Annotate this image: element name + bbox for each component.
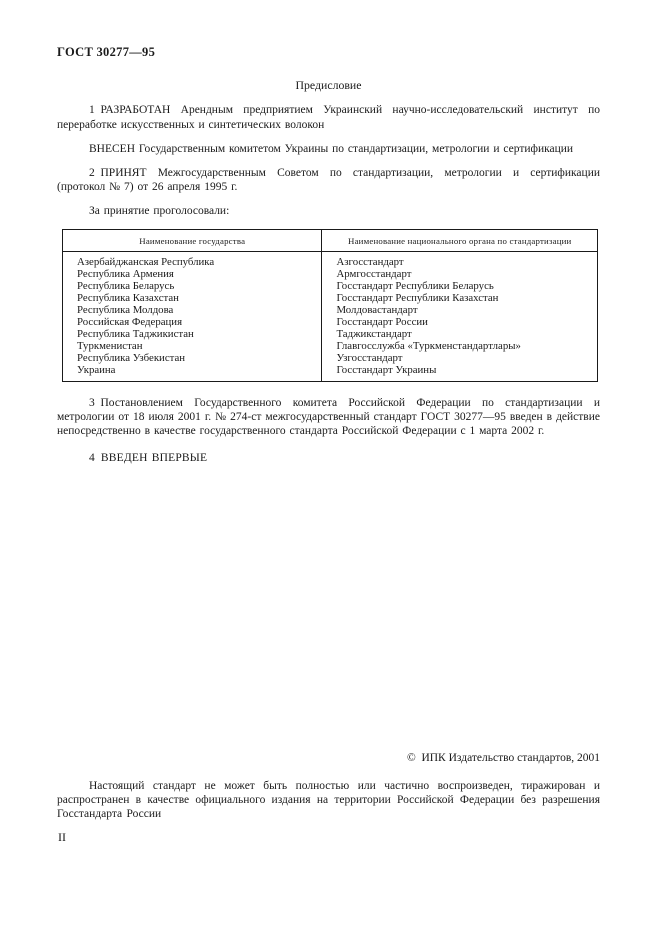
paragraph-developed: 1 РАЗРАБОТАН Арендным предприятием Украи… <box>57 103 600 131</box>
cell-state-name: Республика Таджикистан <box>63 328 322 340</box>
cell-standards-body-name: Госстандарт России <box>322 316 598 328</box>
voting-table: Наименование государства Наименование на… <box>62 229 598 382</box>
paragraph-vote-intro: За принятие проголосовали: <box>57 204 600 218</box>
cell-standards-body-name: Главгосслужба «Туркменстандартлары» <box>322 340 598 352</box>
cell-standards-body-name: Азгосстандарт <box>322 251 598 268</box>
table-row: Республика МолдоваМолдовастандарт <box>63 304 598 316</box>
document-page: ГОСТ 30277—95 Предисловие 1 РАЗРАБОТАН А… <box>0 0 661 936</box>
table-header-row: Наименование государства Наименование на… <box>63 229 598 251</box>
table-row: Республика БеларусьГосстандарт Республик… <box>63 280 598 292</box>
reproduction-disclaimer: Настоящий стандарт не может быть полност… <box>57 779 600 822</box>
paragraph-first-introduced: 4 ВВЕДЕН ВПЕРВЫЕ <box>57 451 600 465</box>
cell-standards-body-name: Госстандарт Украины <box>322 364 598 381</box>
paragraph-adopted: 2 ПРИНЯТ Межгосударственным Советом по с… <box>57 166 600 194</box>
cell-standards-body-name: Узгосстандарт <box>322 352 598 364</box>
cell-state-name: Российская Федерация <box>63 316 322 328</box>
cell-state-name: Украина <box>63 364 322 381</box>
cell-state-name: Республика Казахстан <box>63 292 322 304</box>
table-row: Азербайджанская РеспубликаАзгосстандарт <box>63 251 598 268</box>
cell-state-name: Азербайджанская Республика <box>63 251 322 268</box>
table-row: Российская ФедерацияГосстандарт России <box>63 316 598 328</box>
table-row: Республика УзбекистанУзгосстандарт <box>63 352 598 364</box>
page-title: Предисловие <box>57 78 600 92</box>
doc-code: ГОСТ 30277—95 <box>57 45 600 59</box>
page-number: II <box>58 830 66 844</box>
table-row: Республика АрменияАрмгосстандарт <box>63 268 598 280</box>
table-row: УкраинаГосстандарт Украины <box>63 364 598 381</box>
copyright-notice: © ИПК Издательство стандартов, 2001 <box>407 751 600 765</box>
table-header-state: Наименование государства <box>63 229 322 251</box>
cell-state-name: Республика Узбекистан <box>63 352 322 364</box>
cell-state-name: Республика Армения <box>63 268 322 280</box>
cell-standards-body-name: Госстандарт Республики Казахстан <box>322 292 598 304</box>
cell-state-name: Туркменистан <box>63 340 322 352</box>
cell-state-name: Республика Беларусь <box>63 280 322 292</box>
cell-standards-body-name: Госстандарт Республики Беларусь <box>322 280 598 292</box>
table-row: Республика ТаджикистанТаджикстандарт <box>63 328 598 340</box>
table-header-standards-body: Наименование национального органа по ста… <box>322 229 598 251</box>
table-row: ТуркменистанГлавгосслужба «Туркменстанда… <box>63 340 598 352</box>
table-row: Республика КазахстанГосстандарт Республи… <box>63 292 598 304</box>
cell-state-name: Республика Молдова <box>63 304 322 316</box>
cell-standards-body-name: Таджикстандарт <box>322 328 598 340</box>
cell-standards-body-name: Молдовастандарт <box>322 304 598 316</box>
paragraph-submitted: ВНЕСЕН Государственным комитетом Украины… <box>57 142 600 156</box>
paragraph-decree: 3 Постановлением Государственного комите… <box>57 396 600 439</box>
cell-standards-body-name: Армгосстандарт <box>322 268 598 280</box>
